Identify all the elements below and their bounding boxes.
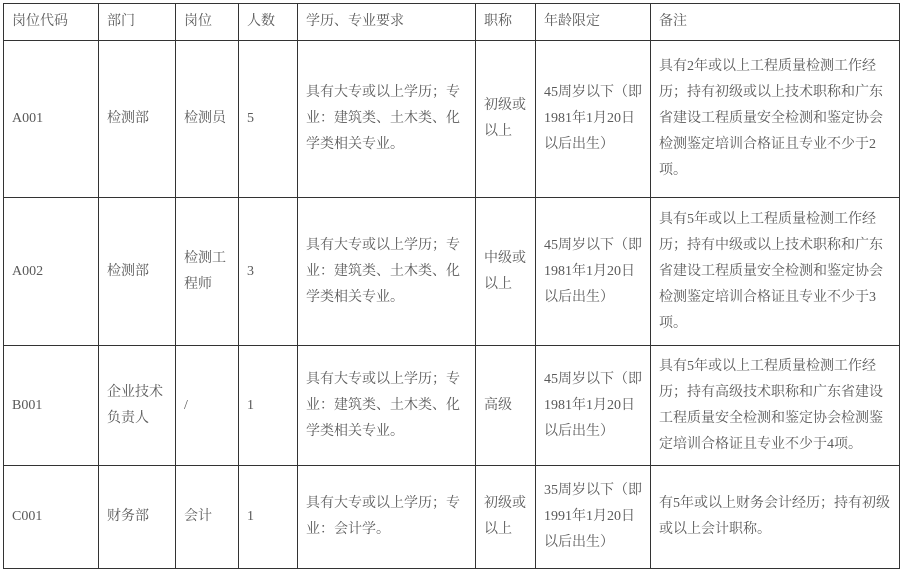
cell-headcount: 5 [239, 41, 298, 198]
cell-code: B001 [4, 346, 99, 466]
cell-remarks: 具有5年或以上工程质量检测工作经历；持有高级技术职称和广东省建设工程质量安全检测… [651, 346, 900, 466]
table-row: C001 财务部 会计 1 具有大专或以上学历；专业：会计学。 初级或以上 35… [4, 466, 900, 569]
cell-department: 企业技术负责人 [99, 346, 176, 466]
cell-code: A001 [4, 41, 99, 198]
header-cell-age-limit: 年龄限定 [536, 4, 651, 41]
table-row: B001 企业技术负责人 / 1 具有大专或以上学历；专业：建筑类、土木类、化学… [4, 346, 900, 466]
cell-department: 检测部 [99, 41, 176, 198]
cell-remarks: 具有2年或以上工程质量检测工作经历；持有初级或以上技术职称和广东省建设工程质量安… [651, 41, 900, 198]
cell-department: 检测部 [99, 198, 176, 346]
header-cell-remarks: 备注 [651, 4, 900, 41]
cell-department: 财务部 [99, 466, 176, 569]
cell-age-limit: 45周岁以下（即1981年1月20日以后出生） [536, 346, 651, 466]
cell-title: 初级或以上 [476, 41, 536, 198]
header-cell-title: 职称 [476, 4, 536, 41]
cell-age-limit: 45周岁以下（即1981年1月20日以后出生） [536, 198, 651, 346]
header-cell-headcount: 人数 [239, 4, 298, 41]
cell-position: / [176, 346, 239, 466]
recruitment-table: 岗位代码 部门 岗位 人数 学历、专业要求 职称 年龄限定 备注 A001 检测… [3, 3, 900, 569]
cell-position: 检测工程师 [176, 198, 239, 346]
header-cell-department: 部门 [99, 4, 176, 41]
cell-education: 具有大专或以上学历；专业：建筑类、土木类、化学类相关专业。 [298, 41, 476, 198]
cell-education: 具有大专或以上学历；专业：建筑类、土木类、化学类相关专业。 [298, 198, 476, 346]
cell-code: C001 [4, 466, 99, 569]
header-cell-code: 岗位代码 [4, 4, 99, 41]
cell-remarks: 具有5年或以上工程质量检测工作经历；持有中级或以上技术职称和广东省建设工程质量安… [651, 198, 900, 346]
cell-title: 初级或以上 [476, 466, 536, 569]
table-row: A002 检测部 检测工程师 3 具有大专或以上学历；专业：建筑类、土木类、化学… [4, 198, 900, 346]
cell-remarks: 有5年或以上财务会计经历；持有初级或以上会计职称。 [651, 466, 900, 569]
cell-headcount: 1 [239, 466, 298, 569]
cell-headcount: 1 [239, 346, 298, 466]
table-header-row: 岗位代码 部门 岗位 人数 学历、专业要求 职称 年龄限定 备注 [4, 4, 900, 41]
header-cell-position: 岗位 [176, 4, 239, 41]
cell-education: 具有大专或以上学历；专业：会计学。 [298, 466, 476, 569]
cell-code: A002 [4, 198, 99, 346]
header-cell-education: 学历、专业要求 [298, 4, 476, 41]
cell-position: 检测员 [176, 41, 239, 198]
cell-age-limit: 35周岁以下（即1991年1月20日以后出生） [536, 466, 651, 569]
cell-headcount: 3 [239, 198, 298, 346]
cell-position: 会计 [176, 466, 239, 569]
cell-age-limit: 45周岁以下（即1981年1月20日以后出生） [536, 41, 651, 198]
table-row: A001 检测部 检测员 5 具有大专或以上学历；专业：建筑类、土木类、化学类相… [4, 41, 900, 198]
cell-education: 具有大专或以上学历；专业：建筑类、土木类、化学类相关专业。 [298, 346, 476, 466]
cell-title: 高级 [476, 346, 536, 466]
cell-title: 中级或以上 [476, 198, 536, 346]
